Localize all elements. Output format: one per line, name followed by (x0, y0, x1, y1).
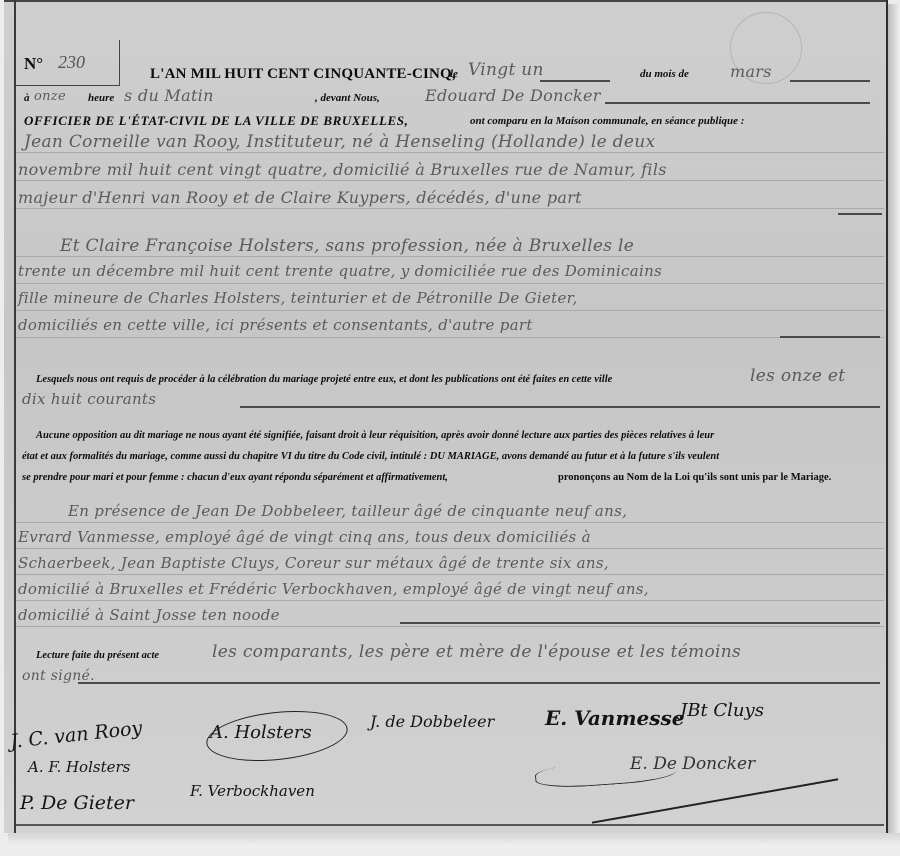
opposition-line-3: se prendre pour mari et pour femme : cha… (22, 472, 448, 483)
month-handwritten: mars (730, 62, 772, 81)
bride-line-2: trente un décembre mil huit cent trente … (18, 262, 662, 280)
heure-label: heure (88, 92, 114, 104)
reading-text: Lecture faite du présent acte (36, 650, 159, 661)
a-label: à (24, 92, 30, 104)
signature-af-holsters: A. F. Holsters (28, 758, 130, 776)
comparu-line: ont comparu en la Maison communale, en s… (470, 115, 744, 127)
groom-line-3: majeur d'Henri van Rooy et de Claire Kuy… (18, 188, 582, 207)
witnesses-line-4: domicilié à Bruxelles et Frédéric Verboc… (18, 580, 649, 598)
year-line: L'AN MIL HUIT CENT CINQUANTE-CINQ, (150, 66, 456, 83)
signature-verbockhaven: F. Verbockhaven (190, 782, 315, 800)
ruled-line (16, 600, 884, 601)
opposition-line-2: état et aux formalités du mariage, comme… (22, 451, 719, 462)
right-margin-rule (886, 0, 888, 833)
signature-de-dobbeleer: J. de Dobbeleer (370, 712, 494, 731)
publications-text: Lesquels nous ont requis de procéder à l… (36, 374, 612, 385)
signature-de-gieter: P. De Gieter (20, 792, 134, 814)
witnesses-line-5: domicilié à Saint Josse ten noode (18, 606, 280, 624)
publications-fill-line (240, 406, 880, 408)
officer-title: OFFICIER DE L'ÉTAT-CIVIL DE LA VILLE DE … (24, 113, 408, 129)
ruled-line (16, 180, 884, 181)
ruled-line (16, 310, 884, 311)
day-fill-line (540, 80, 610, 82)
hour-handwritten: onze (34, 89, 66, 104)
day-handwritten: Vingt un (468, 60, 544, 80)
publications-dates-handwritten: les onze et (750, 366, 845, 386)
signature-cluys: JBt Cluys (680, 700, 764, 721)
ruled-line (16, 548, 884, 549)
ruled-line (16, 256, 884, 257)
ruled-line (16, 152, 884, 153)
witnesses-line-2: Evrard Vanmesse, employé âgé de vingt ci… (18, 528, 591, 546)
witnesses-fill-line (400, 622, 880, 624)
reading-fill-line (78, 682, 880, 684)
le-label: le (450, 68, 458, 80)
bride-line-4: domiciliés en cette ville, ici présents … (18, 316, 533, 334)
ruled-line (16, 522, 884, 523)
page-shadow-right (888, 4, 900, 840)
bride-line-1: Et Claire Françoise Holsters, sans profe… (60, 236, 634, 256)
month-fill-line (790, 80, 870, 82)
pronouncement: prononçons au Nom de la Loi qu'ils sont … (558, 472, 831, 483)
publications-dates-handwritten-2: dix huit courants (22, 390, 156, 408)
ruled-line (16, 337, 884, 338)
groom-line-2: novembre mil huit cent vingt quatre, dom… (18, 160, 667, 179)
page-shadow-bottom (8, 833, 900, 847)
month-label: du mois de (640, 68, 689, 80)
record-number: 230 (58, 52, 85, 73)
groom-line-1: Jean Corneille van Rooy, Instituteur, né… (24, 132, 655, 152)
signature-vanmesse: E. Vanmesse (545, 706, 684, 730)
left-margin-rule (14, 0, 16, 833)
officer-name-handwritten: Edouard De Doncker (425, 86, 601, 105)
signature-a-holsters: A. Holsters (210, 722, 312, 743)
ruled-line (16, 574, 884, 575)
bride-line-3: fille mineure de Charles Holsters, teint… (18, 289, 578, 307)
opposition-line-1: Aucune opposition au dit mariage ne nous… (36, 430, 714, 441)
bride-fill-line (780, 336, 880, 338)
ruled-line (16, 626, 884, 627)
record-number-label: N° (24, 54, 43, 74)
ruled-line (16, 208, 884, 209)
groom-fill-line (838, 213, 882, 215)
ruled-line (16, 283, 884, 284)
bottom-rule (16, 824, 884, 826)
officer-fill-line (605, 102, 870, 104)
hour-suffix-handwritten: s du Matin (124, 86, 214, 105)
witnesses-line-3: Schaerbeek, Jean Baptiste Cluys, Coreur … (18, 554, 609, 572)
reading-handwritten: les comparants, les père et mère de l'ép… (212, 642, 741, 662)
devant-nous-label: , devant Nous, (315, 92, 380, 104)
witnesses-line-1: En présence de Jean De Dobbeleer, taille… (68, 502, 627, 520)
top-border (4, 0, 888, 2)
